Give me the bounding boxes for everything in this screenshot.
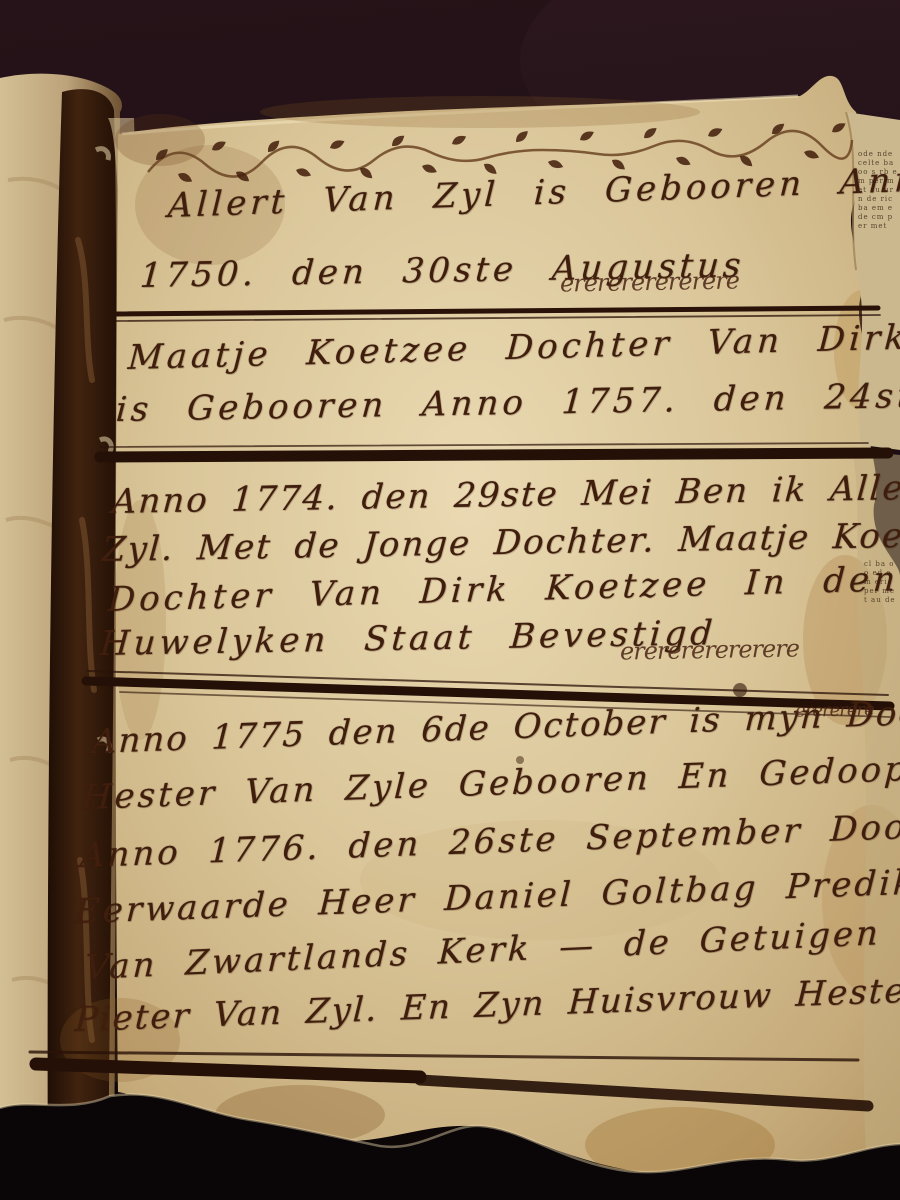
entry3-pen-flourish: ererererererere [620,634,799,665]
photo-of-family-register: ode nde celte ba oo s rb em per met au u… [0,0,900,1200]
entry4-pen-flourish: erererere [795,699,874,721]
entry1-pen-flourish: ererererererere [560,266,739,297]
divider-rule-2 [100,453,888,457]
